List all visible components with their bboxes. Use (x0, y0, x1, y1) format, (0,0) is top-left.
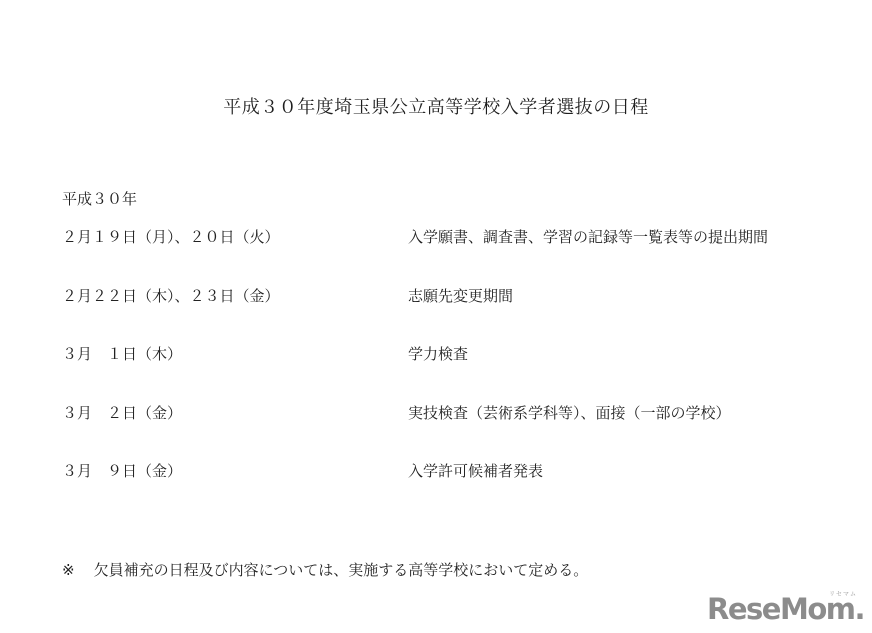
logo-ruby-text: リセマム (829, 589, 857, 598)
schedule-date: ２月１９日（月）、２０日（火） (62, 230, 408, 247)
schedule-date: ２月２２日（木）、２３日（金） (62, 289, 408, 306)
footnote-marker: ※ (62, 563, 75, 579)
footnote-text: 欠員補充の日程及び内容については、実施する高等学校において定める。 (94, 563, 589, 579)
schedule-event: 入学願書、調査書、学習の記録等一覧表等の提出期間 (408, 230, 822, 247)
schedule-date: ３月 １日（木） (62, 347, 408, 364)
schedule-row: ３月 １日（木） 学力検査 (62, 347, 822, 406)
schedule-row: ３月 ２日（金） 実技検査（芸術系学科等）、面接（一部の学校） (62, 406, 822, 465)
schedule-table: ２月１９日（月）、２０日（火） 入学願書、調査書、学習の記録等一覧表等の提出期間… (62, 230, 822, 523)
schedule-event: 学力検査 (408, 347, 822, 364)
schedule-event: 志願先変更期間 (408, 289, 822, 306)
era-label: 平成３０年 (62, 188, 137, 209)
schedule-event: 入学許可候補者発表 (408, 464, 822, 481)
footnote: ※欠員補充の日程及び内容については、実施する高等学校において定める。 (62, 559, 588, 580)
schedule-date: ３月 ２日（金） (62, 406, 408, 423)
schedule-date: ３月 ９日（金） (62, 464, 408, 481)
document-page: 平成３０年度埼玉県公立高等学校入学者選抜の日程 平成３０年 ２月１９日（月）、２… (0, 0, 872, 633)
resemom-logo: リセマム ReseMom. (707, 585, 864, 629)
schedule-row: ２月２２日（木）、２３日（金） 志願先変更期間 (62, 289, 822, 348)
schedule-row: ２月１９日（月）、２０日（火） 入学願書、調査書、学習の記録等一覧表等の提出期間 (62, 230, 822, 289)
schedule-row: ３月 ９日（金） 入学許可候補者発表 (62, 464, 822, 523)
schedule-event: 実技検査（芸術系学科等）、面接（一部の学校） (408, 406, 822, 423)
page-title: 平成３０年度埼玉県公立高等学校入学者選抜の日程 (0, 93, 872, 119)
